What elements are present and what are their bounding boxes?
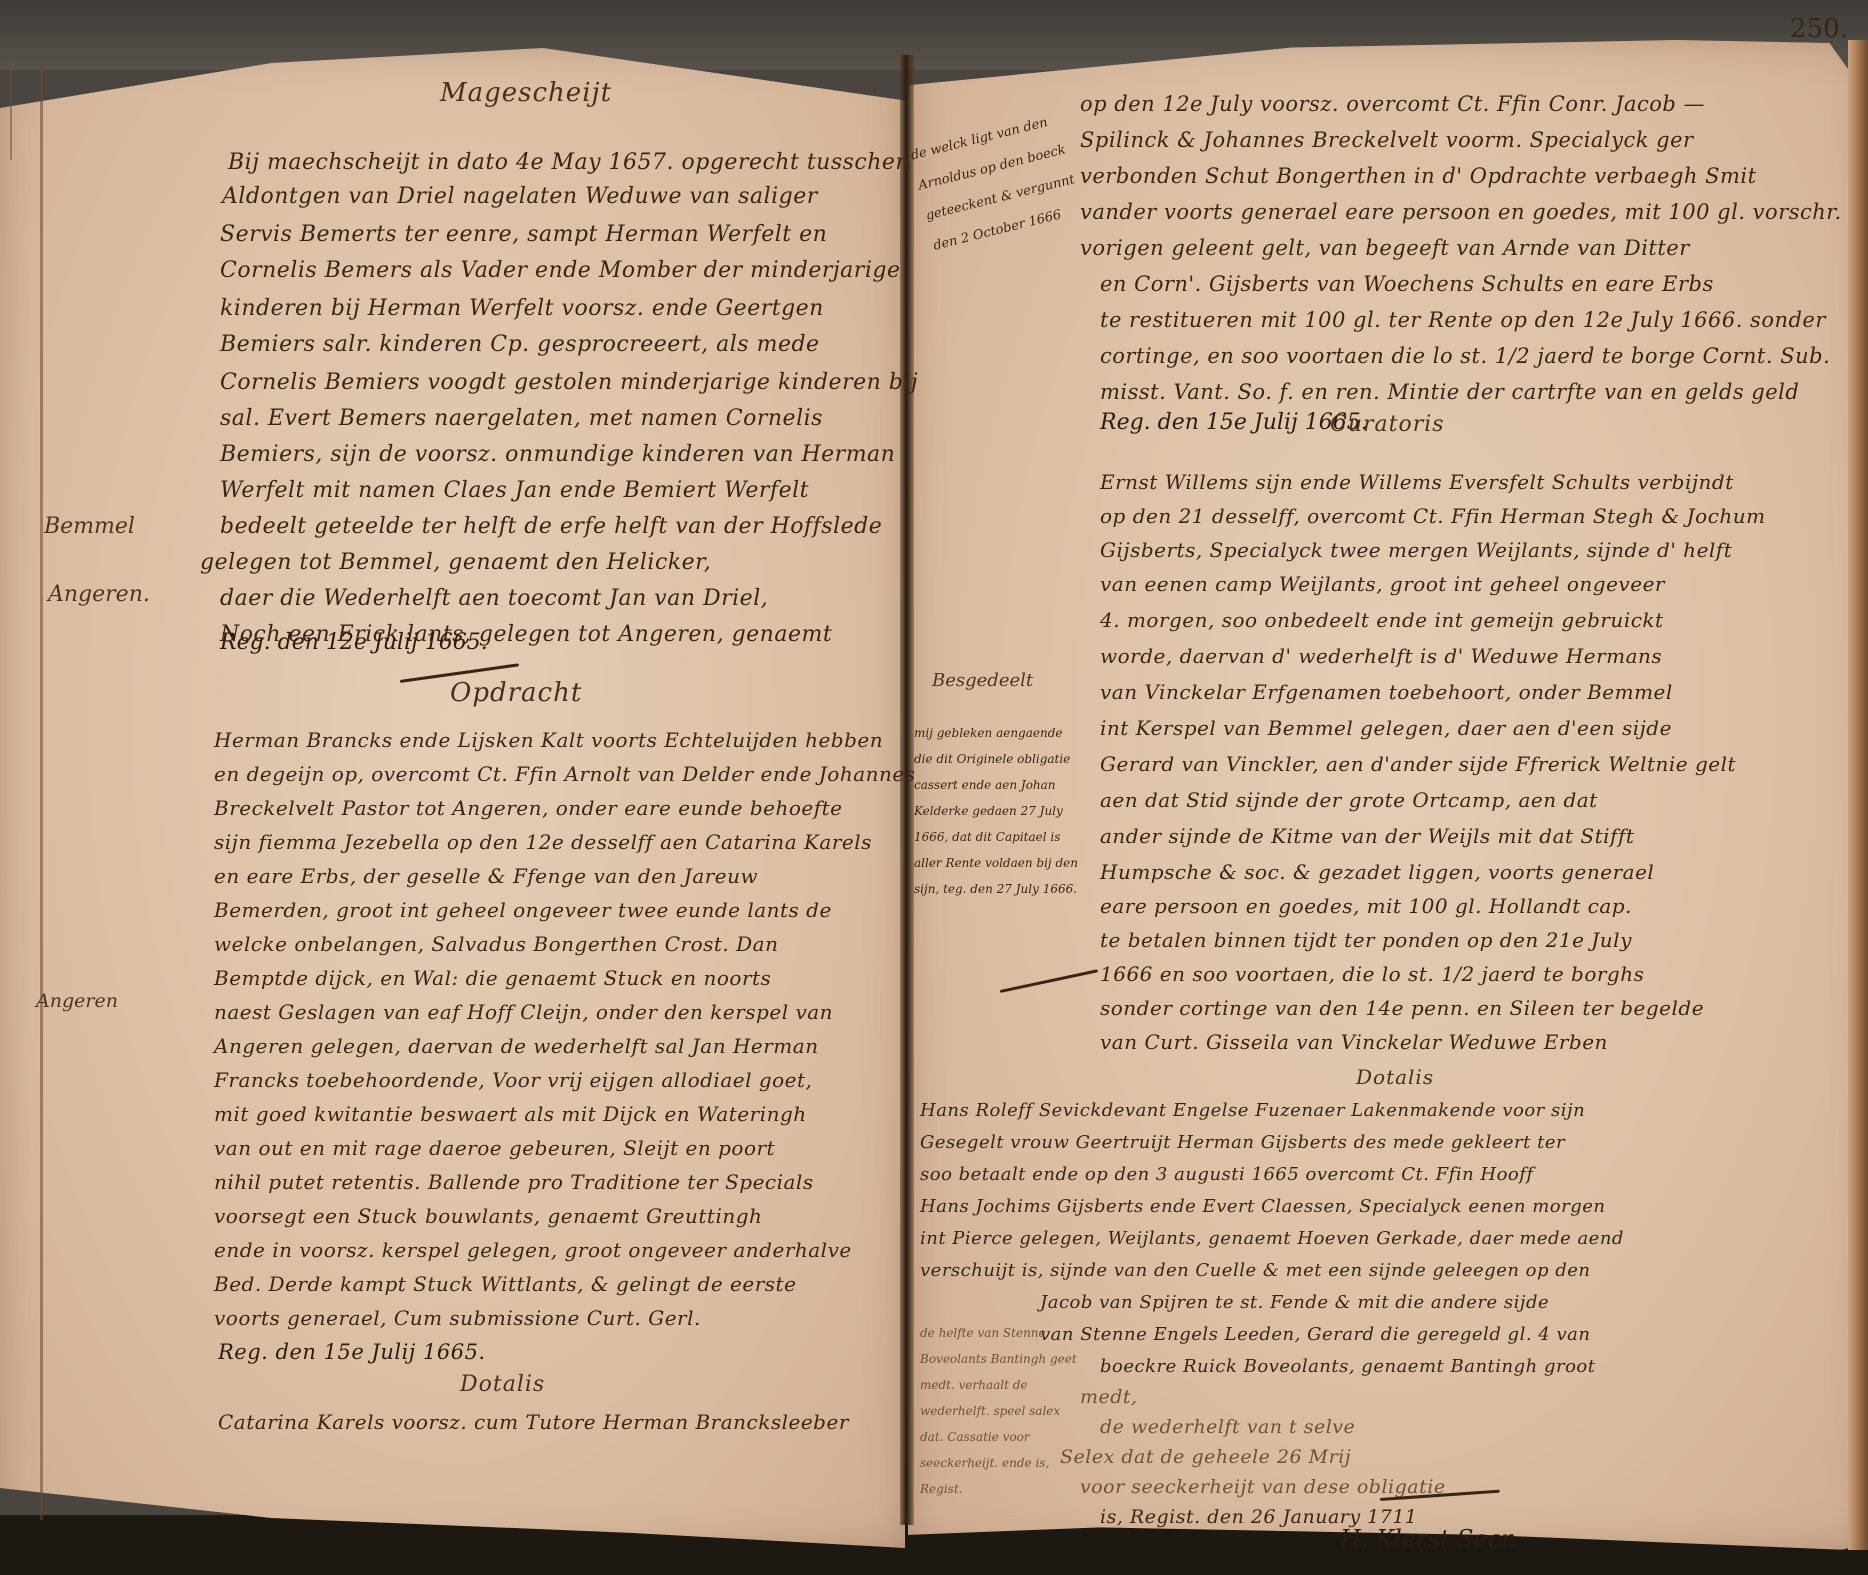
text-line: Bij maechscheijt in dato 4e May 1657. op… xyxy=(228,150,910,175)
text-line: van eenen camp Weijlants, groot int gehe… xyxy=(1100,572,1665,596)
entry-heading-magescheijt: Magescheijt xyxy=(440,78,612,108)
text-line: op den 12e July voorsz. overcomt Ct. Ffi… xyxy=(1080,92,1705,116)
text-line: van Stenne Engels Leeden, Gerard die ger… xyxy=(1040,1324,1590,1345)
margin-note-cassation: mij gebleken aengaende die dit Originele… xyxy=(914,720,1084,902)
text-line: Bed. Derde kampt Stuck Wittlants, & geli… xyxy=(214,1272,796,1296)
text-line: sal. Evert Bemers naergelaten, met namen… xyxy=(220,406,823,431)
text-line: de wederhelft van t selve xyxy=(1100,1416,1355,1438)
text-line: worde, daervan d' wederhelft is d' Weduw… xyxy=(1100,644,1662,668)
text-line: Humpsche & soc. & gezadet liggen, voorts… xyxy=(1100,860,1654,884)
text-line: naest Geslagen van eaf Hoff Cleijn, onde… xyxy=(214,1000,833,1024)
text-line: soo betaalt ende op den 3 augusti 1665 o… xyxy=(920,1164,1534,1185)
text-line: Werfelt mit namen Claes Jan ende Bemiert… xyxy=(220,478,809,503)
text-line: Gesegelt vrouw Geertruijt Herman Gijsber… xyxy=(920,1132,1565,1153)
text-line: te betalen binnen tijdt ter ponden op de… xyxy=(1100,928,1632,952)
text-line: en Corn'. Gijsberts van Woechens Schults… xyxy=(1100,272,1714,296)
text-line: Catarina Karels voorsz. cum Tutore Herma… xyxy=(218,1410,849,1434)
text-line: vander voorts generael eare persoon en g… xyxy=(1080,200,1842,224)
margin-note-angeren: Angeren. xyxy=(48,582,150,607)
text-line: ander sijnde de Kitme van der Weijls mit… xyxy=(1100,824,1634,848)
text-line: Francks toebehoordende, Voor vrij eijgen… xyxy=(214,1068,812,1092)
text-line: voor seeckerheijt van dese obligatie xyxy=(1080,1476,1446,1498)
text-line: Selex dat de geheele 26 Mrij xyxy=(1060,1446,1351,1468)
text-line: Ernst Willems sijn ende Willems Eversfel… xyxy=(1100,470,1734,494)
registration-date: Reg. den 15e Julij 1665. xyxy=(1100,410,1368,435)
page-corner-fold xyxy=(10,50,52,160)
left-page-margin-rule xyxy=(40,60,43,1520)
text-line: Servis Bemerts ter eenre, sampt Herman W… xyxy=(220,222,827,247)
text-line: Hans Jochims Gijsberts ende Evert Claess… xyxy=(920,1196,1606,1217)
text-line: int Pierce gelegen, Weijlants, genaemt H… xyxy=(920,1228,1624,1249)
text-line: voorts generael, Cum submissione Curt. G… xyxy=(214,1306,701,1330)
margin-note-angeren-2: Angeren xyxy=(36,990,118,1012)
text-line: van out en mit rage daeroe gebeuren, Sle… xyxy=(214,1136,775,1160)
page-number: 250. xyxy=(1790,14,1848,44)
text-line: mit goed kwitantie beswaert als mit Dijc… xyxy=(214,1102,807,1126)
entry-heading-dotalis: Dotalis xyxy=(460,1372,545,1397)
text-line: Bemiers, sijn de voorsz. onmundige kinde… xyxy=(220,442,895,467)
text-line: Reg. den 15e Julij 1665. xyxy=(218,1340,486,1364)
right-page-edge xyxy=(1848,40,1868,1550)
text-line: Spilinck & Johannes Breckelvelt voorm. S… xyxy=(1080,128,1694,152)
text-line: Hans Roleff Sevickdevant Engelse Fuzenae… xyxy=(920,1100,1585,1121)
text-line: verbonden Schut Bongerthen in d' Opdrach… xyxy=(1080,164,1757,188)
open-manuscript-book: 250. Magescheijt Bij maechscheijt in dat… xyxy=(0,0,1868,1575)
text-line: eare persoon en goedes, mit 100 gl. Holl… xyxy=(1100,894,1632,918)
text-line: Jacob van Spijren te st. Fende & mit die… xyxy=(1040,1292,1549,1313)
text-line: 1666 en soo voortaen, die lo st. 1/2 jae… xyxy=(1100,962,1644,986)
margin-note-label: Besgedeelt xyxy=(932,670,1033,691)
entry-heading-opdracht: Opdracht xyxy=(450,678,582,708)
text-line: welcke onbelangen, Salvadus Bongerthen C… xyxy=(214,932,778,956)
text-line: vorigen geleent gelt, van begeeft van Ar… xyxy=(1080,236,1690,260)
text-line: Cornelis Bemiers voogdt gestolen minderj… xyxy=(220,370,918,395)
entry-heading-dotalis-right: Dotalis xyxy=(1356,1065,1434,1089)
text-line: int Kerspel van Bemmel gelegen, daer aen… xyxy=(1100,716,1672,740)
text-line: Angeren gelegen, daervan de wederhelft s… xyxy=(214,1034,819,1058)
text-line: Herman Brancks ende Lijsken Kalt voorts … xyxy=(214,728,883,752)
text-line: Bemptde dijck, en Wal: die genaemt Stuck… xyxy=(214,966,771,990)
text-line: Gerard van Vinckler, aen d'ander sijde F… xyxy=(1100,752,1736,776)
text-line: Cornelis Bemers als Vader ende Momber de… xyxy=(220,258,900,283)
text-line: Breckelvelt Pastor tot Angeren, onder ea… xyxy=(214,796,843,820)
text-line: Bemiers salr. kinderen Cp. gesprocreeert… xyxy=(220,332,820,357)
text-line: nihil putet retentis. Ballende pro Tradi… xyxy=(214,1170,814,1194)
text-line: op den 21 desselff, overcomt Ct. Ffin He… xyxy=(1100,504,1766,528)
text-line: voorsegt een Stuck bouwlants, genaemt Gr… xyxy=(214,1204,762,1228)
text-line: ende in voorsz. kerspel gelegen, groot o… xyxy=(214,1238,852,1262)
text-line: van Vinckelar Erfgenamen toebehoort, ond… xyxy=(1100,680,1673,704)
clerk-signature: H. Klerst Secr. xyxy=(1340,1525,1518,1553)
text-line: Bemerden, groot int geheel ongeveer twee… xyxy=(214,898,832,922)
text-line: misst. Vant. So. f. en ren. Mintie der c… xyxy=(1100,380,1799,404)
text-line: sonder cortinge van den 14e penn. en Sil… xyxy=(1100,996,1704,1020)
margin-note-bottom: de helfte van Stenne Boveolants Bantingh… xyxy=(920,1320,1080,1502)
text-line: sijn fiemma Jezebella op den 12e desself… xyxy=(214,830,872,854)
text-line: Gijsberts, Specialyck twee mergen Weijla… xyxy=(1100,538,1732,562)
text-line: Aldontgen van Driel nagelaten Weduwe van… xyxy=(222,184,818,209)
text-line: van Curt. Gisseila van Vinckelar Weduwe … xyxy=(1100,1030,1608,1054)
text-line: daer die Wederhelft aen toecomt Jan van … xyxy=(220,586,768,611)
text-line: kinderen bij Herman Werfelt voorsz. ende… xyxy=(220,296,824,321)
text-line: medt, xyxy=(1080,1386,1138,1408)
entry-heading-curatoris: Curatoris xyxy=(1330,412,1445,437)
margin-note-bemmel: Bemmel xyxy=(44,514,135,539)
text-line: gelegen tot Bemmel, genaemt den Helicker… xyxy=(200,550,711,575)
text-line: te restitueren mit 100 gl. ter Rente op … xyxy=(1100,308,1826,332)
text-line: en eare Erbs, der geselle & Ffenge van d… xyxy=(214,864,758,888)
text-line: en degeijn op, overcomt Ct. Ffin Arnolt … xyxy=(214,762,916,786)
book-gutter xyxy=(900,55,914,1525)
text-line: boeckre Ruick Boveolants, genaemt Bantin… xyxy=(1100,1356,1596,1377)
text-line: aen dat Stid sijnde der grote Ortcamp, a… xyxy=(1100,788,1598,812)
text-line: cortinge, en soo voortaen die lo st. 1/2… xyxy=(1100,344,1830,368)
text-line: verschuijt is, sijnde van den Cuelle & m… xyxy=(920,1260,1591,1281)
text-line: 4. morgen, soo onbedeelt ende int gemeij… xyxy=(1100,608,1664,632)
registration-date: Reg. den 12e Julij 1665. xyxy=(220,630,488,655)
text-line: bedeelt geteelde ter helft de erfe helft… xyxy=(220,514,882,539)
